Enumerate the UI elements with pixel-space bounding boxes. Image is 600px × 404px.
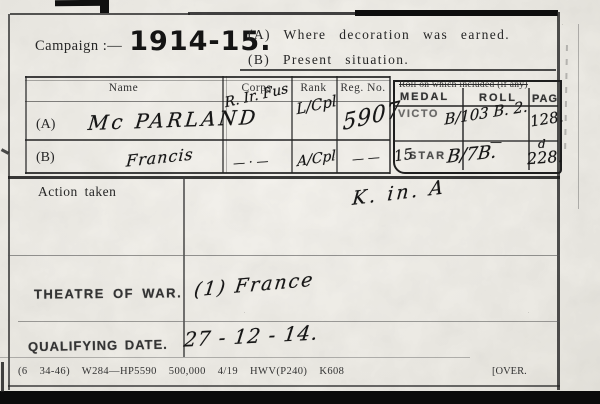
row-b-rank: A/Cpl [297, 148, 336, 170]
row-a-underline [25, 139, 390, 141]
medal-index-card-scan: { "campaign": { "label": "Campaign :—", … [0, 0, 600, 404]
roll-header-medal: MEDAL [400, 91, 449, 103]
edge-pencil-marks [564, 45, 568, 155]
column-header-regno: Reg. No. [336, 82, 390, 94]
campaign-header: Campaign :— 1914-15. [35, 26, 271, 57]
printer-code: (6 34-46) W284—HP5590 500,000 4/19 HWV(P… [18, 366, 344, 377]
action-row-underline [8, 255, 560, 256]
outer-vertical-line [578, 24, 579, 209]
notes-underline [240, 69, 556, 71]
handwritten-forename: Francis [126, 144, 195, 170]
note-a: (A) Where decoration was earned. [248, 27, 510, 43]
theatre-of-war-label: THEATRE OF WAR. [34, 285, 182, 301]
theatre-of-war-value: (1) France [193, 269, 316, 302]
handwritten-surname: Mc PARLAND [87, 105, 260, 135]
star-page-ref: 228. [526, 147, 563, 168]
card-left-border [8, 14, 10, 390]
action-taken-value: K. in. A [351, 176, 447, 210]
qualifying-date-value: 27 - 12 - 14. [183, 320, 320, 351]
medal-stamp-victory: VICTO [398, 108, 439, 120]
card-top-border-mid [188, 12, 360, 15]
card-top-border-right [355, 10, 558, 16]
medal-stamp-star: STAR [409, 150, 446, 162]
note-b: (B) Present situation. [248, 52, 409, 68]
scan-artifact-top-left-vertical [100, 0, 109, 13]
action-taken-label: Action taken [38, 184, 116, 200]
bottom-left-edge-tick [1, 362, 4, 392]
row-b-corps-dashes: — · — [233, 154, 269, 170]
card-right-border [557, 12, 560, 390]
footer-top-line [0, 357, 470, 358]
roll-row-divider [394, 140, 558, 142]
row-b-label: (B) [36, 150, 55, 166]
card-top-border [10, 13, 190, 15]
column-header-name: Name [25, 82, 222, 94]
over-label: [OVER. [492, 366, 527, 377]
row-a-label: (A) [36, 117, 55, 133]
roll-header-page: PAGE [532, 93, 558, 105]
main-section-divider [8, 176, 560, 179]
handwritten-rank: L/Cpl [296, 92, 337, 119]
row-b-regno-dashes: — — [351, 150, 380, 166]
qualifying-date-label: QUALIFYING DATE. [28, 337, 168, 354]
card-bottom-border [8, 385, 560, 387]
campaign-label: Campaign :— [35, 38, 122, 55]
scan-bottom-band [0, 391, 600, 404]
roll-table-title: Roll on which included (if any) [399, 80, 555, 90]
